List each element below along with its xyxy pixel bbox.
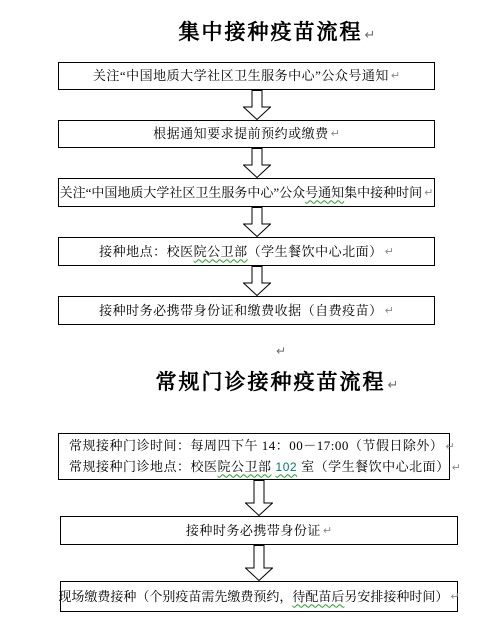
section1-title-text: 集中接种疫苗流程: [179, 20, 363, 44]
process-box-id: 接种时务必携带身份证↵: [60, 516, 458, 545]
clinic-info-line1: 常规接种门诊时间：每周四下午 14：00－17:00（节假日除外）↵: [69, 436, 455, 457]
clinic-info-line1-text: 常规接种门诊时间：每周四下午 14：00－17:00（节假日除外）: [69, 438, 443, 453]
paragraph-mark: ↵: [450, 588, 459, 606]
process-box-time-notice-post: 集中接种时间: [344, 184, 422, 202]
process-box-onsite-pay-pre: 现场缴费接种（个别疫苗需先缴费预约，: [58, 588, 292, 606]
document-page: 集中接种疫苗流程↵ 关注“中国地质大学社区卫生服务中心”公众号通知↵ 根据通知要…: [0, 0, 504, 633]
paragraph-mark: ↵: [276, 344, 286, 358]
process-box-prepay-text: 根据通知要求提前预约或缴费: [153, 125, 329, 143]
down-arrow-icon: [243, 148, 271, 178]
clinic-info-line2-post: 室（学生餐饮中心北面）: [301, 459, 450, 474]
process-box-clinic-info: 常规接种门诊时间：每周四下午 14：00－17:00（节假日除外）↵ 常规接种门…: [58, 433, 450, 480]
clinic-info-line2-misspelled: 院公卫部: [218, 459, 272, 474]
process-box-onsite-pay: 现场缴费接种（个别疫苗需先缴费预约，待配苗后另安排接种时间）↵: [60, 581, 458, 612]
process-box-notice-text: 关注“中国地质大学社区卫生服务中心”公众号通知: [93, 67, 389, 85]
paragraph-mark: ↵: [445, 440, 454, 453]
process-box-notice: 关注“中国地质大学社区卫生服务中心”公众号通知↵: [58, 62, 435, 90]
room-number: 102: [276, 460, 298, 474]
process-box-time-notice-misspelled: 号通知: [305, 184, 344, 202]
process-box-time-notice-pre: 关注“中国地质大学社区卫生服务中心”公众: [60, 184, 306, 202]
process-box-id-receipt-text: 接种时务必携带身份证和缴费收据（自费疫苗）: [99, 302, 383, 320]
process-box-prepay: 根据通知要求提前预约或缴费↵: [58, 120, 435, 148]
down-arrow-icon: [243, 207, 271, 237]
down-arrow-icon: [243, 266, 271, 296]
paragraph-mark: ↵: [452, 461, 461, 474]
section2-title: 常规门诊接种疫苗流程↵: [50, 368, 504, 400]
down-arrow-icon: [245, 545, 273, 581]
process-box-id-receipt: 接种时务必携带身份证和缴费收据（自费疫苗）↵: [58, 296, 435, 325]
paragraph-mark: ↵: [391, 67, 400, 85]
paragraph-mark: ↵: [388, 378, 399, 393]
process-box-time-notice: 关注“中国地质大学社区卫生服务中心”公众号通知集中接种时间↵: [58, 178, 435, 207]
process-box-onsite-pay-misspelled: 待配苗后: [292, 588, 344, 606]
paragraph-mark: ↵: [385, 302, 394, 320]
process-box-location: 接种地点：校医院公卫部（学生餐饮中心北面）↵: [58, 237, 435, 266]
down-arrow-icon: [243, 90, 271, 120]
section2-title-text: 常规门诊接种疫苗流程: [156, 370, 386, 394]
process-box-onsite-pay-post: 另安排接种时间）: [344, 588, 448, 606]
section1-title: 集中接种疫苗流程↵: [50, 18, 504, 50]
paragraph-mark: ↵: [365, 28, 376, 43]
process-box-location-post: （学生餐饮中心北面）: [248, 243, 383, 261]
paragraph-mark: ↵: [424, 184, 433, 202]
clinic-info-line2-pre: 常规接种门诊地点：校医: [69, 459, 218, 474]
clinic-info-line2: 常规接种门诊地点：校医院公卫部102室（学生餐饮中心北面）↵: [69, 457, 461, 478]
process-box-id-text: 接种时务必携带身份证: [186, 522, 321, 540]
paragraph-mark: ↵: [385, 243, 394, 261]
process-box-location-misspelled: 院公卫部: [194, 243, 248, 261]
down-arrow-icon: [245, 480, 273, 516]
paragraph-mark: ↵: [331, 125, 340, 143]
paragraph-mark: ↵: [323, 522, 332, 540]
process-box-location-pre: 接种地点：校医: [99, 243, 194, 261]
